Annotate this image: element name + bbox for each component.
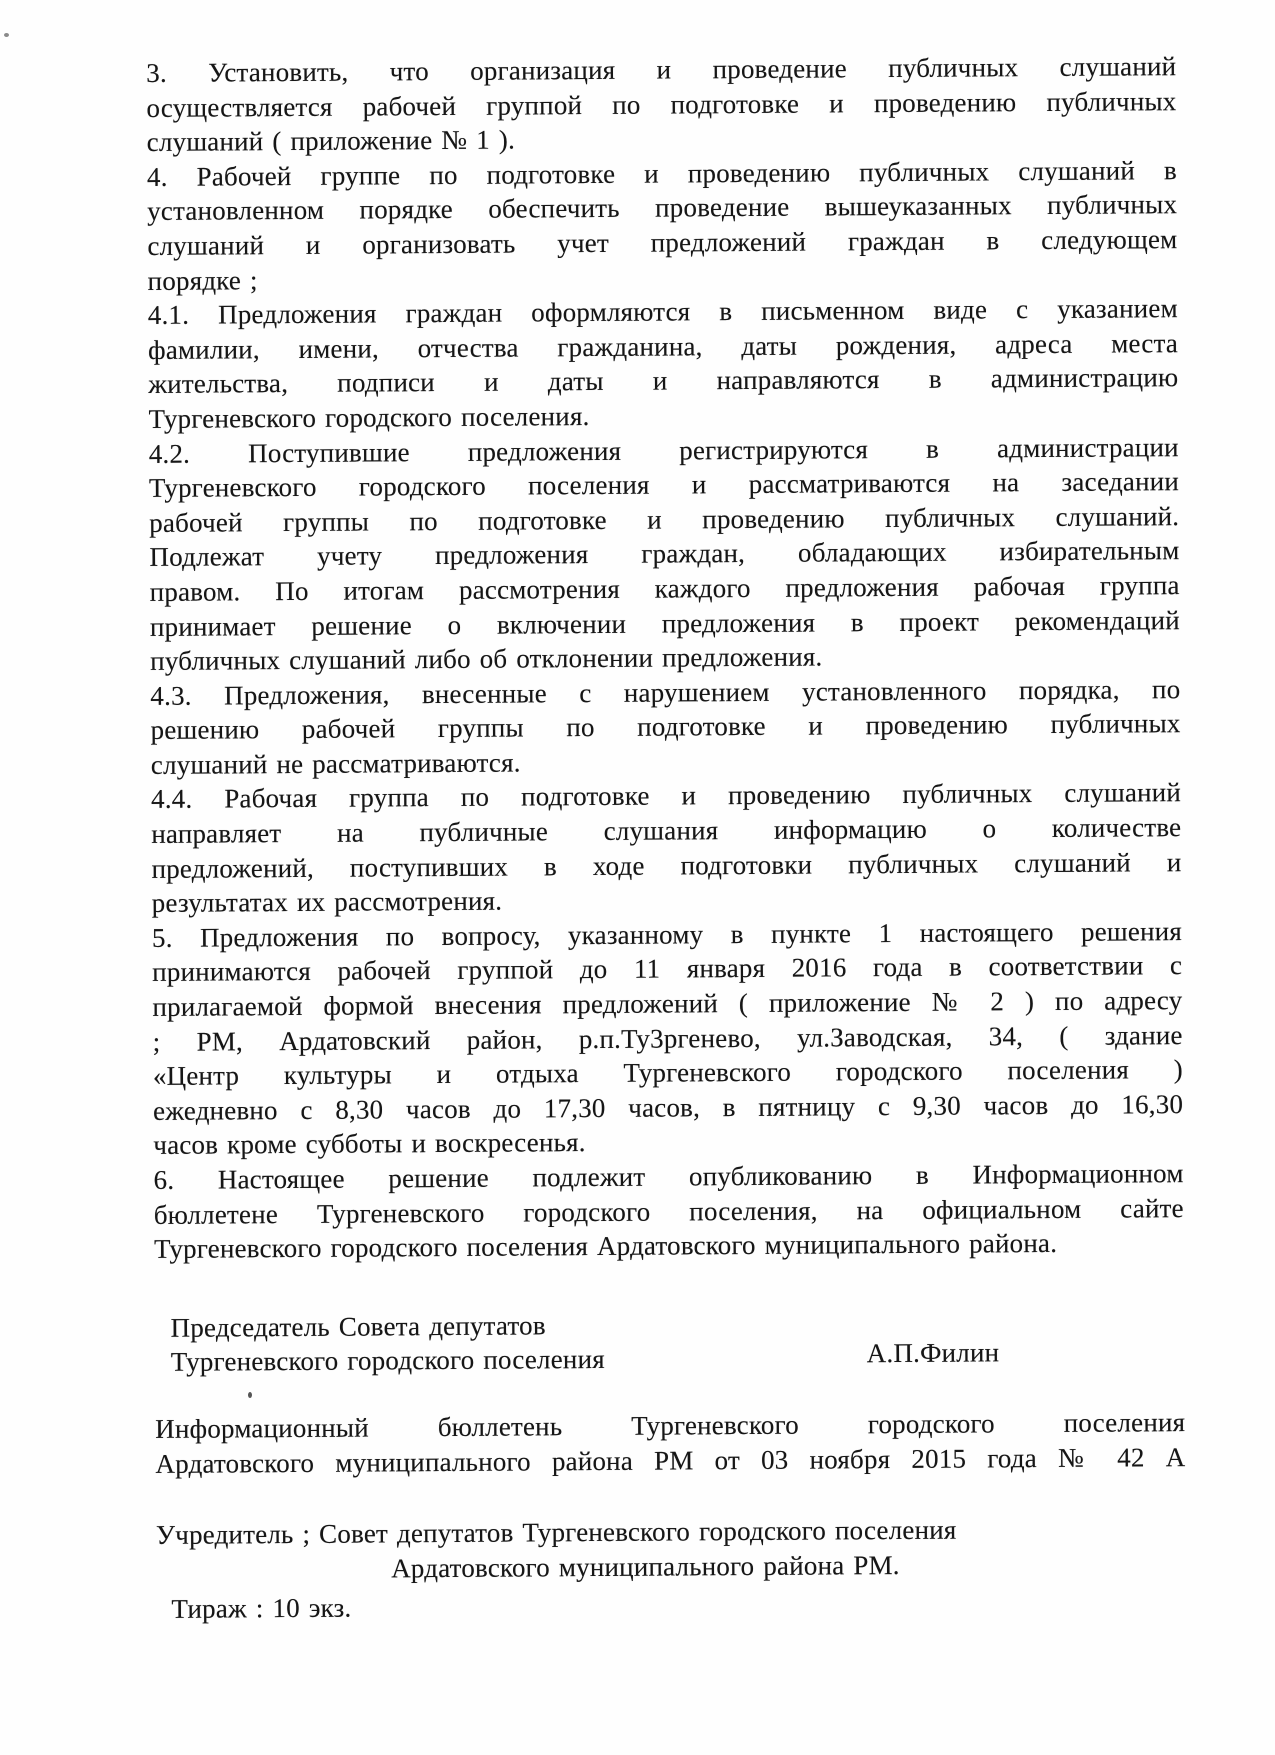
- body-line: решению рабочей группы по подготовке и п…: [150, 706, 1180, 747]
- body-line: предложений, поступивших в ходе подготов…: [151, 845, 1181, 886]
- body-line: ежедневно с 8,30 часов до 17,30 часов, в…: [153, 1087, 1183, 1128]
- document-body: 3. Установить, что организация и проведе…: [146, 49, 1184, 1267]
- signature-org-line: Тургеневского городского поселения А.П.Ф…: [155, 1338, 1185, 1379]
- bulletin-line: Ардатовского муниципального района РМ от…: [155, 1440, 1185, 1481]
- signature-name: А.П.Филин: [867, 1336, 1000, 1371]
- body-line: Тургеневского городского поселения Ардат…: [154, 1225, 1184, 1266]
- document-content: 3. Установить, что организация и проведе…: [0, 0, 1275, 1628]
- signature-block: Председатель Совета депутатов Тургеневск…: [154, 1304, 1184, 1380]
- document-page: 3. Установить, что организация и проведе…: [0, 0, 1275, 1755]
- body-line: осуществляется рабочей группой по подгот…: [146, 84, 1176, 125]
- founder-line: Ардатовского муниципального района РМ.: [156, 1546, 1186, 1587]
- body-line: принимает решение о включении предложени…: [150, 603, 1180, 644]
- bulletin-block: Информационный бюллетень Тургеневского г…: [155, 1405, 1185, 1481]
- founder-block: Учредитель ; Совет депутатов Тургеневско…: [156, 1511, 1186, 1587]
- body-line: жительства, подписи и даты и направляютс…: [148, 360, 1178, 401]
- signature-org-text: Тургеневского городского поселения: [171, 1344, 605, 1377]
- tirazh-line: Тираж : 10 экз.: [156, 1585, 1186, 1626]
- body-line: слушаний и организовать учет предложений…: [147, 222, 1177, 263]
